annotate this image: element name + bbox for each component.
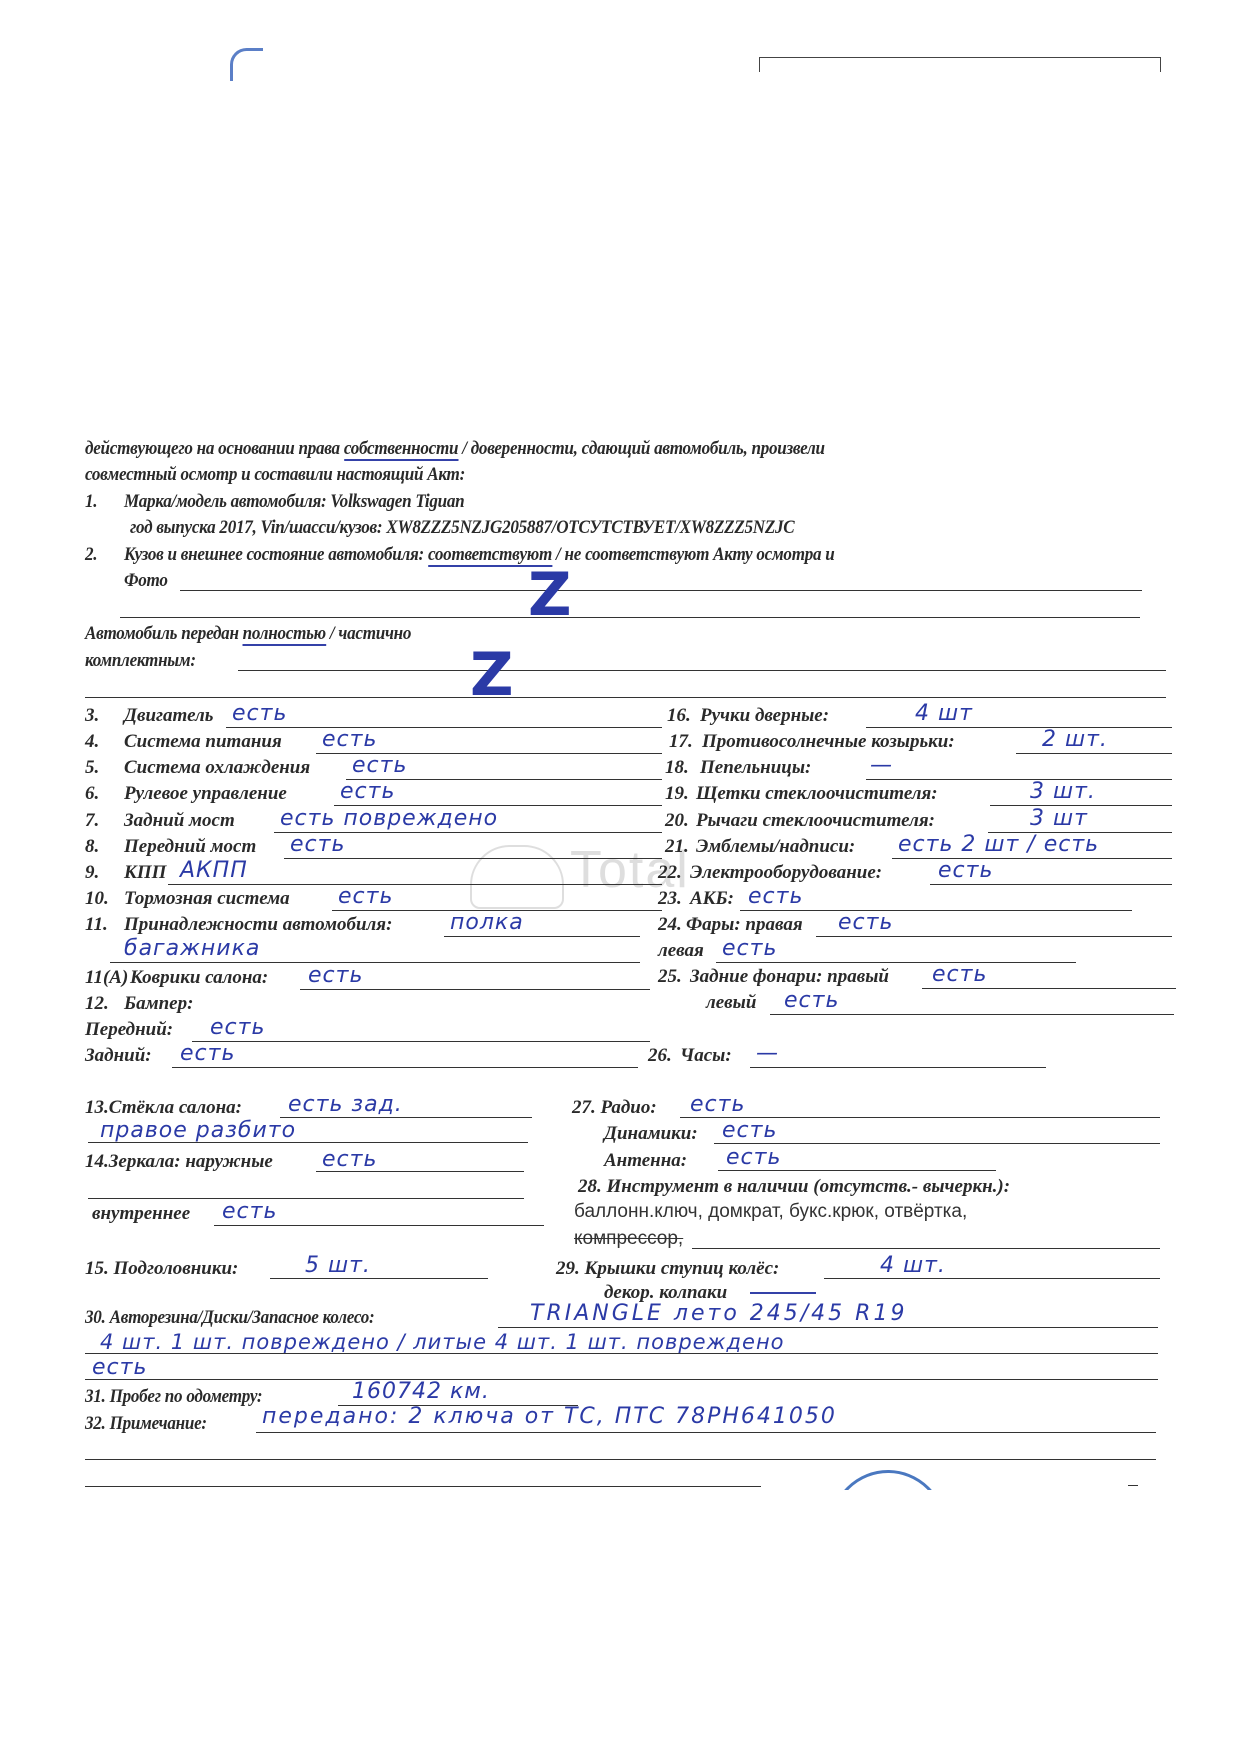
item30-value-3: есть: [92, 1356, 147, 1380]
left-item-value: есть: [180, 1042, 235, 1066]
right-item-value: есть: [722, 937, 777, 961]
item32-label: 32. Примечание:: [85, 1413, 207, 1435]
right-item-num: 20.: [665, 810, 689, 832]
left-item-value: есть: [338, 885, 393, 909]
right-item-label: Часы:: [680, 1045, 732, 1067]
right-item-value: 2 шт.: [1042, 728, 1108, 752]
left-item-line: [300, 989, 650, 990]
left-item-value: есть: [308, 964, 363, 988]
left-item-line: [284, 858, 662, 859]
left-item-num: 6.: [85, 783, 99, 805]
left-item-line: [168, 884, 662, 885]
right-item-value: —: [870, 754, 893, 778]
item32-line-2: [85, 1459, 1156, 1460]
left-item-num: 5.: [85, 757, 99, 779]
left-item-value: есть повреждено: [280, 807, 498, 831]
left-item-line-2: [110, 962, 640, 963]
right-item-label: АКБ:: [690, 888, 734, 910]
right-item-num: 24.: [658, 914, 682, 936]
right-item-value: есть: [938, 859, 993, 883]
right-item-label: Щетки стеклоочистителя:: [696, 783, 938, 805]
item30-label: 30. Авторезина/Диски/Запасное колесо:: [85, 1307, 374, 1329]
photo-label: Фото: [124, 570, 168, 592]
left-item-label: Система питания: [124, 731, 282, 753]
right-item-value: 3 шт: [1030, 807, 1088, 831]
completeness-line-2: [85, 697, 1166, 698]
right-item-value: есть: [784, 989, 839, 1013]
item32-value: передано: 2 ключа от ТС, ПТС 78РН641050: [262, 1405, 837, 1429]
dash-mark: [1128, 1485, 1138, 1486]
left-item-label: Задний:: [85, 1045, 152, 1067]
item14-line-1: [316, 1171, 524, 1172]
right-item-value: —: [756, 1042, 779, 1066]
left-item-num: 7.: [85, 810, 99, 832]
left-item-num: 12.: [85, 993, 109, 1015]
left-item-num: 4.: [85, 731, 99, 753]
right-item-num: 18.: [665, 757, 689, 779]
photo-line-2: [120, 617, 1140, 618]
right-item-line: [922, 988, 1176, 989]
left-item-label: Тормозная система: [124, 888, 290, 910]
item14-label: 14.Зеркала: наружные: [85, 1151, 273, 1173]
left-item-label: Передний:: [85, 1019, 173, 1041]
right-item-label: Рычаги стеклоочистителя:: [696, 810, 935, 832]
completeness-z-mark: Z: [470, 640, 514, 710]
left-item-num: 3.: [85, 705, 99, 727]
item28-line: [692, 1248, 1160, 1249]
item2-num: 2.: [85, 544, 97, 566]
left-item-line: [444, 936, 640, 937]
item13-line-2: [88, 1142, 528, 1143]
item27-value: есть: [690, 1093, 745, 1117]
item28-tools: баллонн.ключ, домкрат, букс.крюк, отвёрт…: [574, 1201, 967, 1223]
right-item-line: [866, 727, 1172, 728]
right-item-line: [866, 779, 1172, 780]
item30-line-3: [85, 1379, 1158, 1380]
right-item-value: есть: [838, 911, 893, 935]
item15-value: 5 шт.: [305, 1254, 371, 1278]
right-item-label: Фары: правая: [686, 914, 803, 936]
item1-num: 1.: [85, 491, 97, 513]
right-item-label: Задние фонари: правый: [690, 966, 889, 988]
left-item-line: [192, 1041, 650, 1042]
right-item-label: Ручки дверные:: [700, 705, 829, 727]
right-item-line: [740, 910, 1132, 911]
item15-line: [270, 1278, 488, 1279]
right-item-num: 23.: [658, 888, 682, 910]
right-item-label: Эмблемы/надписи:: [696, 836, 855, 858]
right-item-label: левая: [658, 940, 704, 962]
completeness-label: комплектным:: [85, 650, 196, 672]
right-item-line: [930, 884, 1172, 885]
item15-label: 15. Подголовники:: [85, 1258, 238, 1280]
item2-label-text: Кузов и внешнее состояние автомобиля:: [124, 544, 428, 565]
left-item-label: Принадлежности автомобиля:: [124, 914, 392, 936]
item13-line-1: [280, 1117, 532, 1118]
antenna-value: есть: [726, 1146, 781, 1170]
intro-line-2: совместный осмотр и составили настоящий …: [85, 464, 465, 486]
left-item-label: КПП: [124, 862, 166, 884]
speakers-line: [714, 1143, 1160, 1144]
left-item-line: [172, 1067, 638, 1068]
right-item-num: 21.: [665, 836, 689, 858]
left-item-value: есть: [322, 728, 377, 752]
item32-line-1: [256, 1432, 1156, 1433]
intro-line-1: действующего на основании права собствен…: [85, 438, 825, 460]
left-item-value: есть: [340, 780, 395, 804]
stamp-fragment: [830, 1470, 940, 1490]
left-item-value: есть: [210, 1016, 265, 1040]
right-item-line: [892, 858, 1172, 859]
item32-line-3: [85, 1486, 761, 1487]
watermark-car-icon: [470, 845, 564, 909]
left-item-value: есть: [352, 754, 407, 778]
left-item-num: 8.: [85, 836, 99, 858]
item30-line-1: [498, 1327, 1158, 1328]
antenna-label: Антенна:: [604, 1150, 687, 1172]
left-item-label: Коврики салона:: [130, 967, 268, 989]
right-item-num: 22.: [658, 862, 682, 884]
item29-label: 29. Крышки ступиц колёс:: [556, 1258, 779, 1280]
right-item-num: 17.: [669, 731, 693, 753]
right-item-line: [816, 936, 1172, 937]
item13-value-2: правое разбито: [100, 1119, 296, 1143]
right-item-line: [1016, 753, 1172, 754]
item28-label: 28. Инструмент в наличии (отсутств.- выч…: [578, 1176, 1010, 1198]
photo-line-1: [180, 590, 1142, 591]
right-item-num: 26.: [648, 1045, 672, 1067]
left-item-line: [226, 727, 662, 728]
left-item-value: АКПП: [180, 859, 248, 883]
logo-fragment: [230, 48, 263, 81]
photo-z-mark: Z: [528, 560, 572, 630]
intro-text-after: / доверенности, сдающий автомобиль, прои…: [458, 438, 824, 459]
item30-line-2: [85, 1353, 1158, 1354]
left-item-value: полка: [450, 911, 524, 935]
left-item-label: Двигатель: [124, 705, 213, 727]
item31-value: 160742 км.: [352, 1380, 490, 1404]
item27-label: 27. Радио:: [572, 1097, 657, 1119]
item13-label: 13.Стёкла салона:: [85, 1097, 242, 1119]
left-item-num: 11(А): [85, 967, 128, 989]
item2-label: Кузов и внешнее состояние автомобиля: со…: [124, 544, 835, 566]
right-item-value: 4 шт: [915, 702, 973, 726]
item14-inner-label: внутреннее: [92, 1203, 190, 1225]
left-item-num: 9.: [85, 862, 99, 884]
right-item-num: 25.: [658, 966, 682, 988]
right-item-label: Противосолнечные козырьки:: [702, 731, 955, 753]
item14-inner-line: [214, 1225, 544, 1226]
right-item-value: есть: [932, 963, 987, 987]
transfer-selected: полностью: [243, 623, 326, 646]
left-item-num: 11.: [85, 914, 108, 936]
ownership-selected: собственности: [344, 438, 458, 461]
item2-label-after: / не соответствуют Акту осмотра и: [552, 544, 835, 565]
item14-value: есть: [322, 1148, 377, 1172]
right-item-label: Пепельницы:: [700, 757, 811, 779]
item1-label: Марка/модель автомобиля: Volkswagen Tigu…: [124, 491, 464, 513]
speakers-value: есть: [722, 1119, 777, 1143]
right-item-line: [716, 962, 1076, 963]
item13-value: есть зад.: [288, 1093, 403, 1117]
left-item-value: есть: [232, 702, 287, 726]
item30-value-1: TRIANGLE лето 245/45 R19: [530, 1302, 907, 1326]
right-item-value: 3 шт.: [1030, 780, 1096, 804]
right-item-line: [770, 1014, 1174, 1015]
right-item-value: есть 2 шт / есть: [898, 833, 1099, 857]
item1-vin: год выпуска 2017, Vin/шасси/кузов: XW8ZZ…: [130, 517, 794, 539]
completeness-line-1: [238, 670, 1166, 671]
right-item-value: есть: [748, 885, 803, 909]
left-item-label: Система охлаждения: [124, 757, 310, 779]
right-item-num: 16.: [667, 705, 691, 727]
transfer-text-after: / частично: [326, 623, 411, 644]
left-item-label: Передний мост: [124, 836, 256, 858]
left-item-label: Рулевое управление: [124, 783, 287, 805]
item28-tools-struck: компрессор,: [574, 1228, 683, 1250]
left-item-num: 10.: [85, 888, 109, 910]
item29-line: [824, 1278, 1160, 1279]
caps-dash: [750, 1292, 816, 1294]
right-item-num: 19.: [665, 783, 689, 805]
intro-text: действующего на основании права: [85, 438, 344, 459]
right-item-line: [750, 1067, 1046, 1068]
left-item-label: Задний мост: [124, 810, 235, 832]
item29-value: 4 шт.: [880, 1254, 946, 1278]
left-item-value: есть: [290, 833, 345, 857]
item31-label: 31. Пробег по одометру:: [85, 1386, 262, 1408]
item14-line-2: [88, 1198, 524, 1199]
item14-inner-value: есть: [222, 1200, 277, 1224]
left-item-value-2: багажника: [124, 937, 260, 961]
right-item-label: левый: [706, 992, 756, 1014]
right-item-label: Электрооборудование:: [690, 862, 882, 884]
antenna-line: [718, 1170, 996, 1171]
transfer-text: Автомобиль передан: [85, 623, 243, 644]
header-box-fragment: [759, 57, 1161, 72]
transfer-line-1: Автомобиль передан полностью / частично: [85, 623, 411, 645]
item30-value-2: 4 шт. 1 шт. повреждено / литые 4 шт. 1 ш…: [100, 1330, 785, 1354]
speakers-label: Динамики:: [604, 1123, 698, 1145]
left-item-label: Бампер:: [124, 993, 193, 1015]
